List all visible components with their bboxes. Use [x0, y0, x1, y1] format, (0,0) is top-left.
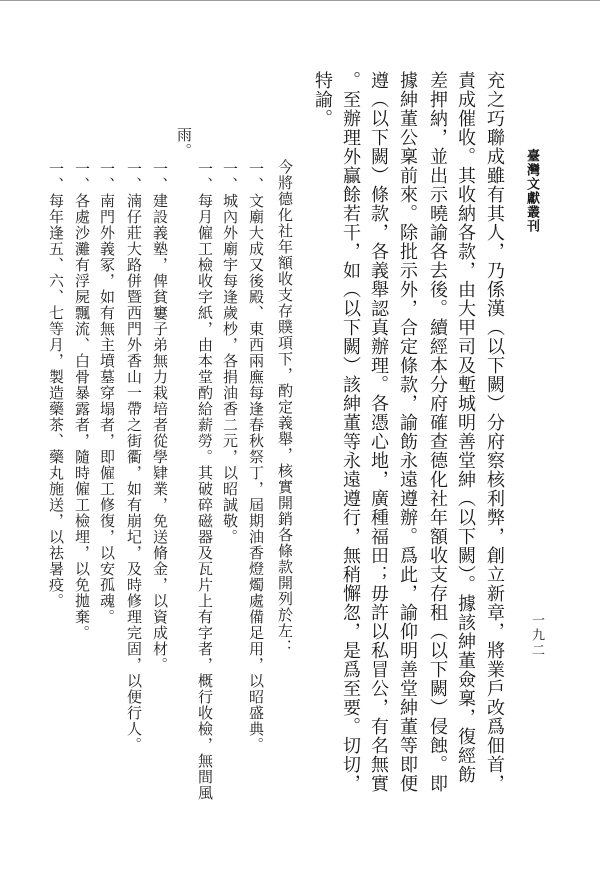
regulation-item-1: 一、文廟大成又後殿、東西兩廡每逢春秋祭丁，屆期油香燈燭處備足用，以昭盛典。 — [245, 161, 263, 841]
item-text: 城內外廟宇每逢歲杪，各捐油香二元，以昭誠敬。 — [221, 193, 239, 545]
item-marker: 一、 — [151, 161, 169, 193]
item-text: 南門外義冢，如有無主墳墓穿塌者，即僱工修復，以安孤魂。 — [98, 193, 116, 625]
regulation-item-4: 一、建設義塾，俾貧窶子弟無力栽培者從學肄業，免送脩金，以資成材。 — [149, 161, 167, 841]
item-marker: 一、 — [247, 161, 265, 193]
page-number: 一九二 — [527, 613, 543, 658]
item-text: 文廟大成又後殿、東西兩廡每逢春秋祭丁，屆期油香燈燭處備足用，以昭盛典。 — [247, 193, 265, 753]
edict-column-4: 據紳董公稟前來。除批示外，合定條款，諭飭永遠遵辦。爲此，諭仰明善堂紳董等即便 — [394, 71, 416, 811]
item-text: 建設義塾，俾貧窶子弟無力栽培者從學肄業，免送脩金，以資成材。 — [151, 193, 169, 673]
item-marker: 一、 — [125, 161, 143, 193]
item-marker: 一、 — [98, 161, 116, 193]
item-text: 每年逢五、六、七等月，製造藥茶、藥丸施送，以祛暑疫。 — [47, 193, 65, 609]
regulation-item-2: 一、城內外廟宇每逢歲杪，各捐油香二元，以昭誠敬。 — [219, 161, 237, 841]
item-marker: 一、 — [221, 161, 239, 193]
edict-column-1: 充之巧聯成雖有其人，乃係漢（以下闕）分府察核利弊，創立新章，將業戶改爲佃首， — [481, 71, 503, 811]
item-text: 每月僱工檢收字紙，由本堂酌給薪勞。其破碎磁器及瓦片上有字者，概行收檢，無間風 — [196, 193, 214, 801]
item-marker: 一、 — [73, 161, 91, 193]
item-text: 湳仔莊大路併暨西門外香山一帶之街衢，如有崩圮，及時修理完固，以便行人。 — [125, 193, 143, 753]
edict-column-5: 遵（以下闕）條款，各義舉認真辦理。各憑心地，廣種福田；毋許以私冒公，有名無實 — [365, 71, 387, 811]
regulation-item-7: 一、各處沙灘有浮屍飄流、白骨暴露者，隨時僱工檢埋，以免拋棄。 — [71, 161, 89, 841]
edict-closing: 特諭。 — [309, 71, 331, 811]
edict-column-3: 差押納，並出示曉諭各去後。續經本分府確查德化社年額收支存租（以下闕）侵蝕。即 — [424, 71, 446, 811]
edict-column-6: 。至辦理外贏餘若干，如（以下闕）該紳董等永遠遵行，無稍懈忽，是爲至要。切切， — [337, 71, 359, 811]
regulation-item-8: 一、每年逢五、六、七等月，製造藥茶、藥丸施送，以祛暑疫。 — [45, 161, 63, 841]
item-marker: 一、 — [196, 161, 214, 193]
book-page: 臺灣文獻叢刊 一九二 充之巧聯成雖有其人，乃係漢（以下闕）分府察核利弊，創立新章… — [0, 0, 600, 881]
regulations-intro: 今將德化社年額收支存贌項下，酌定義舉，核實開銷各條款開列於左： — [274, 159, 292, 839]
regulation-item-3: 一、每月僱工檢收字紙，由本堂酌給薪勞。其破碎磁器及瓦片上有字者，概行收檢，無間風 — [194, 161, 212, 841]
edict-column-2: 責成催收。其收納各款，由大甲司及塹城明善堂紳（以下闕）。據該紳董僉稟，復經飭 — [452, 71, 474, 811]
item-text: 各處沙灘有浮屍飄流、白骨暴露者，隨時僱工檢埋，以免拋棄。 — [73, 193, 91, 641]
item-marker: 一、 — [47, 161, 65, 193]
running-header: 臺灣文獻叢刊 — [522, 149, 538, 233]
regulation-item-5: 一、湳仔莊大路併暨西門外香山一帶之街衢，如有崩圮，及時修理完固，以便行人。 — [123, 161, 141, 841]
regulation-item-3-continuation: 雨。 — [173, 127, 191, 807]
regulation-item-6: 一、南門外義冢，如有無主墳墓穿塌者，即僱工修復，以安孤魂。 — [96, 161, 114, 841]
